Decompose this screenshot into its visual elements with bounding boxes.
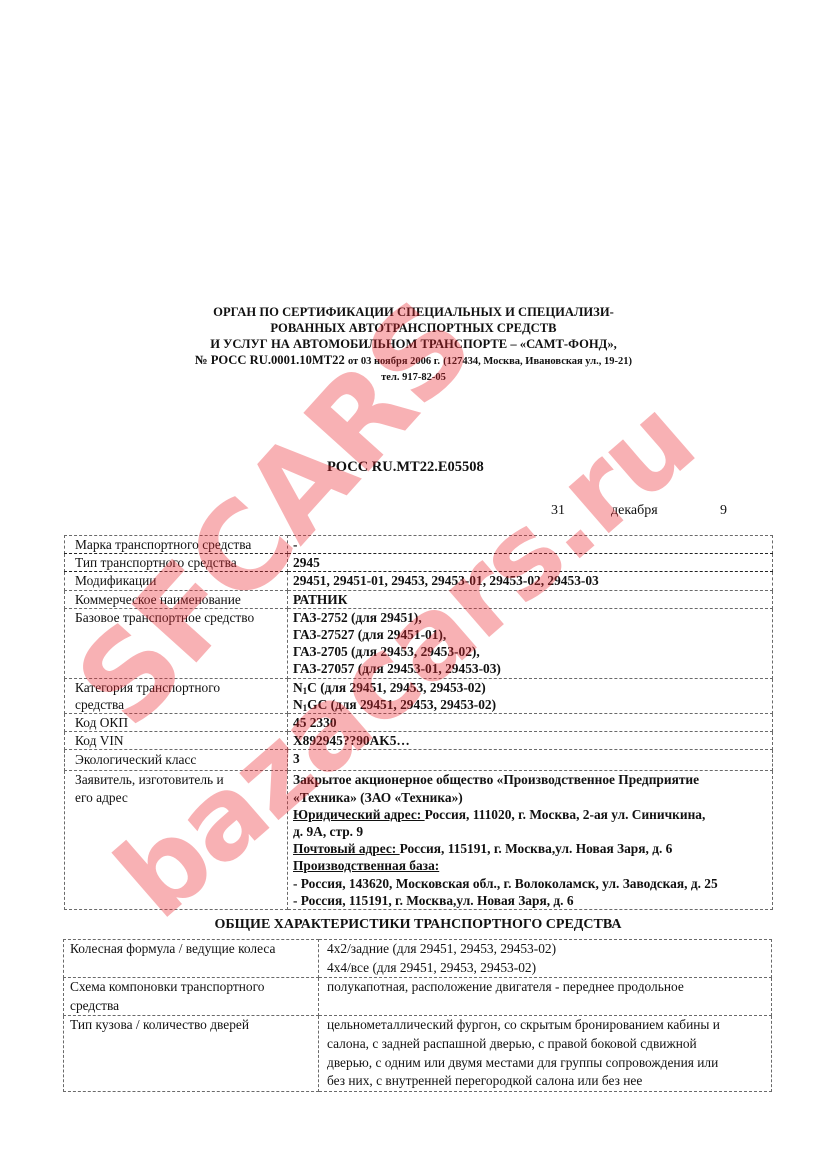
row-value: 3 [288,750,773,771]
row-label: Базовое транспортное средство [65,608,288,678]
label-line: Схема компоновки транспортного [70,978,318,997]
registration-address: (127434, Москва, Ивановская ул., 19-21) [443,356,632,367]
category-prefix: N [293,680,303,695]
general-characteristics-table: Колесная формула / ведущие колеса 4x2/за… [63,939,772,1092]
general-characteristics-title: ОБЩИЕ ХАРАКТЕРИСТИКИ ТРАНСПОРТНОГО СРЕДС… [64,917,772,933]
table-row: Колесная формула / ведущие колеса 4x2/за… [64,940,772,978]
header-line-3: И УСЛУГ НА АВТОМОБИЛЬНОМ ТРАНСПОРТЕ – «С… [0,336,827,352]
row-label: Код VIN [65,732,288,750]
row-label: Категория транспортного средства [65,678,288,713]
company-name-line: Закрытое акционерное общество «Производс… [293,771,772,788]
table-row: Код VIN X892945??90AK5… [65,732,773,750]
label-line: средства [75,696,287,713]
value-line: полукапотная, расположение двигателя - п… [327,978,771,997]
row-value: РАТНИК [288,590,773,608]
table-row: Базовое транспортное средство ГАЗ-2752 (… [65,608,773,678]
base-vehicle-line: ГАЗ-2705 (для 29453, 29453-02), [293,643,772,660]
row-label: Марка транспортного средства [65,536,288,554]
row-label: Тип кузова / количество дверей [64,1016,319,1091]
row-value: 4x2/задние (для 29451, 29453, 29453-02) … [319,940,772,978]
postal-address-label: Почтовый адрес: [293,841,400,856]
category-rest: GC (для 29451, 29453, 29453-02) [307,697,496,712]
base-vehicle-line: ГАЗ-27057 (для 29453-01, 29453-03) [293,660,772,677]
table-row: Код ОКП 45 2330 [65,714,773,732]
label-line: Колесная формула / ведущие колеса [70,940,318,959]
registration-number: № РОСС RU.0001.10МТ22 [195,353,345,367]
row-label: Колесная формула / ведущие колеса [64,940,319,978]
row-label: Заявитель, изготовитель и его адрес [65,771,288,910]
row-value: 29451, 29451-01, 29453, 29453-01, 29453-… [288,572,773,590]
table-row: Модификации 29451, 29451-01, 29453, 2945… [65,572,773,590]
row-value: цельнометаллический фургон, со скрытым б… [319,1016,772,1091]
vehicle-identification-table: Марка транспортного средства - Тип транс… [64,535,773,910]
certificate-number: РОСС RU.МТ22.Е05508 [327,459,484,476]
label-line: Категория транспортного [75,679,287,696]
header-line-4: № РОСС RU.0001.10МТ22 от 03 ноября 2006 … [0,352,827,370]
registration-date: от 03 ноября 2006 г. [348,356,440,367]
value-line: дверью, с одним или двумя местами для гр… [327,1054,771,1073]
table-row: Схема компоновки транспортного средства … [64,978,772,1016]
row-label: Коммерческое наименование [65,590,288,608]
legal-address-label: Юридический адрес: [293,807,425,822]
production-site: - Россия, 143620, Московская обл., г. Во… [293,875,772,892]
row-label: Экологический класс [65,750,288,771]
row-label: Схема компоновки транспортного средства [64,978,319,1016]
legal-address-cont: д. 9А, стр. 9 [293,823,772,840]
label-line: его адрес [75,789,287,806]
category-line: N1GC (для 29451, 29453, 29453-02) [293,696,772,713]
row-value: - [288,536,773,554]
table-row: Категория транспортного средства N1C (дл… [65,678,773,713]
row-value: N1C (для 29451, 29453, 29453-02) N1GC (д… [288,678,773,713]
row-label: Тип транспортного средства [65,554,288,572]
table-row: Марка транспортного средства - [65,536,773,554]
date-day: 31 [551,503,565,519]
table-row: Заявитель, изготовитель и его адрес Закр… [65,771,773,910]
header-line-2: РОВАННЫХ АВТОТРАНСПОРТНЫХ СРЕДСТВ [0,320,827,336]
row-value: полукапотная, расположение двигателя - п… [319,978,772,1016]
label-line: Тип кузова / количество дверей [70,1016,318,1035]
category-prefix: N [293,697,303,712]
production-site: - Россия, 115191, г. Москва,ул. Новая За… [293,892,772,909]
legal-address: Юридический адрес: Россия, 111020, г. Мо… [293,806,772,823]
applicant-details: Закрытое акционерное общество «Производс… [288,771,773,910]
row-value: 45 2330 [288,714,773,732]
row-value: 2945 [288,554,773,572]
header-line-1: ОРГАН ПО СЕРТИФИКАЦИИ СПЕЦИАЛЬНЫХ И СПЕЦ… [0,304,827,320]
value-line: 4x2/задние (для 29451, 29453, 29453-02) [327,940,771,959]
header-phone: тел. 917-82-05 [0,370,827,386]
value-line: салона, с задней распашной дверью, с пра… [327,1035,771,1054]
category-line: N1C (для 29451, 29453, 29453-02) [293,679,772,696]
certification-body-header: ОРГАН ПО СЕРТИФИКАЦИИ СПЕЦИАЛЬНЫХ И СПЕЦ… [0,304,827,386]
certificate-page: ОРГАН ПО СЕРТИФИКАЦИИ СПЕЦИАЛЬНЫХ И СПЕЦ… [0,0,827,1170]
table-row: Коммерческое наименование РАТНИК [65,590,773,608]
value-line: без них, с внутренней перегородкой салон… [327,1072,771,1091]
table-row: Тип транспортного средства 2945 [65,554,773,572]
legal-address-text: Россия, 111020, г. Москва, 2-ая ул. Сини… [425,807,706,822]
row-label: Код ОКП [65,714,288,732]
row-value: X892945??90AK5… [288,732,773,750]
label-line: Заявитель, изготовитель и [75,771,287,788]
row-value: ГАЗ-2752 (для 29451), ГАЗ-27527 (для 294… [288,608,773,678]
postal-address: Почтовый адрес: Россия, 115191, г. Москв… [293,840,772,857]
base-vehicle-line: ГАЗ-2752 (для 29451), [293,609,772,626]
table-row: Тип кузова / количество дверей цельномет… [64,1016,772,1091]
postal-address-text: Россия, 115191, г. Москва,ул. Новая Заря… [400,841,673,856]
label-line: средства [70,997,318,1016]
date-year: 9 [720,503,727,519]
value-line: 4x4/все (для 29451, 29453, 29453-02) [327,959,771,978]
company-name-line: «Техника» (ЗАО «Техника») [293,789,772,806]
category-rest: C (для 29451, 29453, 29453-02) [307,680,486,695]
date-month: декабря [611,503,658,519]
value-line: цельнометаллический фургон, со скрытым б… [327,1016,771,1035]
production-base-label: Производственная база: [293,857,772,874]
row-label: Модификации [65,572,288,590]
base-vehicle-line: ГАЗ-27527 (для 29451-01), [293,626,772,643]
table-row: Экологический класс 3 [65,750,773,771]
